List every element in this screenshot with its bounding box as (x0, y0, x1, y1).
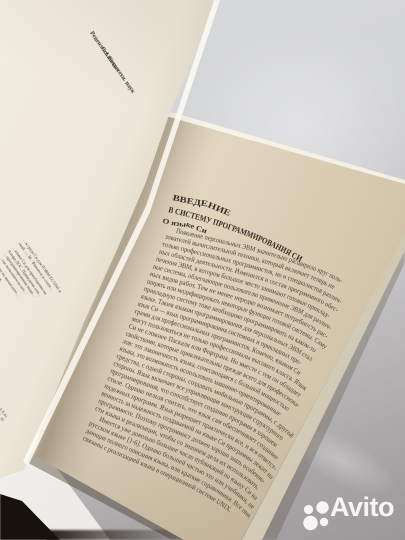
avito-watermark: Avito (294, 498, 405, 534)
avito-logo-icon (294, 498, 332, 534)
book-photo: ВВЕДЕНИЕВ СИСТЕМУ ПРОГРАММИРОВАНИЯ СИО я… (0, 0, 405, 540)
avito-wordmark: Avito (330, 492, 394, 523)
